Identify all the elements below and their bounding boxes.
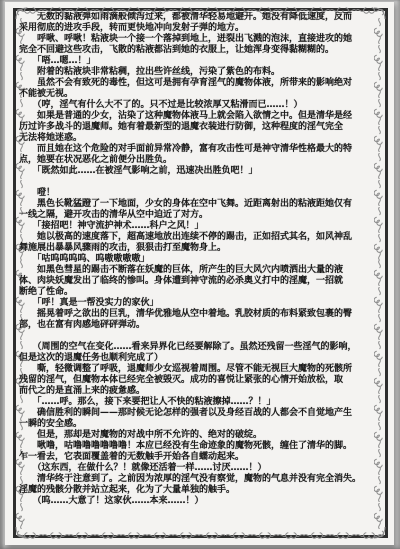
text-line: 残留的淫气，但魔物本体已经完全被毁灭。成功的喜悦让紧张的心情开始放松，取 [19, 375, 383, 386]
text-line: 淫魔的残骸分散并站立起来，化为了大量单独的触手。 [19, 485, 383, 496]
text-line: 如黑色彗星的踢击不断落在妖魔的巨体，所产生的巨大风穴内喷洒出大量的液 [19, 265, 383, 276]
text-line: 「咕呜呜呜呜、呜嗷嗷嗷嗷」 [19, 254, 383, 265]
text-line: 如果是普通的少女，沾染了这种魔物体液马上就会陷入欲情之中。但是清华是经 [19, 111, 383, 122]
text-line: 完全不回避这些攻击，飞散的粘液都沾到她的衣服上，让她浑身变得黏糊糊的。 [19, 45, 383, 56]
text-line: 体、肉块妖魔发出了临终的惨叫。身体遭到神守流的必杀奥义打中的淫魔，一招就 [19, 276, 383, 287]
text-line: 「……呼。那么，接下来要把让人不快的粘液擦掉……？！」 [19, 397, 383, 408]
text-line: 舞施展出暴暴风骤雨的攻击，狠狠击打至魔物身上。 [19, 243, 383, 254]
text-line: 「既然如此……在被淫气影响之前，迅速决出胜负吧！」 [19, 166, 383, 177]
text-line: 啾噜，咕噜噜噜噜噜噜！本应已经没有生命迹象的魔物死骸，缠住了清华的脚。 [19, 441, 383, 452]
text-line: 部，也在富有肉感地砰砰弹动。 [19, 320, 383, 331]
text-line: 而代之的是直涌上来的疲惫感。 [19, 386, 383, 397]
text-line: 「接招吧！神守流护神术……科户之风！」 [19, 221, 383, 232]
text-line: 无法将她迷惑。 [19, 133, 383, 144]
text-line: 历过许多战斗的退魔师。她有着最新型的退魔衣装进行防御，这种程度的淫气完全 [19, 122, 383, 133]
text-line: 呼啾、呼啾！粘液块一个接一个落掉到地上，迸裂出飞溅的泡沫，直接进攻的她 [19, 34, 383, 45]
text-line: 附着的粘液块非常粘稠，拉出些许丝线，污染了紫色的布料。 [19, 67, 383, 78]
text-line: 点，她要在状况恶化之前便分出胜负。 [19, 155, 383, 166]
text-line: 乍一看去，它表面覆盖着的无数触手开始各自蠕动起来。 [19, 452, 383, 463]
text-line [19, 331, 383, 342]
text-line: 确信胜利的瞬间——那时候无论怎样的强者以及身经百战的人都会不自觉地产生 [19, 408, 383, 419]
text-line: 「呼！真是一帮没实力的家伙」 [19, 298, 383, 309]
text-line: 一线之隔，避开攻击的清华从空中迫近了对方。 [19, 210, 383, 221]
text-line: 清华终于注意到了。之前因为浓厚的淫气没有察觉，魔物的气息并没有完全消失。 [19, 474, 383, 485]
text-line: 她以极高的速度落下，超高速地放出连续不停的踢击，正如招式其名，如风神乱 [19, 232, 383, 243]
text-line: 不能被无视。 [19, 89, 383, 100]
text-line: 断绝了性命。 [19, 287, 383, 298]
text-line: （这东西，在做什么？！就像还活着一样……讨厌……！） [19, 463, 383, 474]
text-line: 嘶，轻微调整了呼吸，退魔师少女巡视着周围。尽管不能无视巨大魔物的死骸所 [19, 364, 383, 375]
text-line: （周围的空气在变化……看来异界化已经要解除了。虽然还残留一些淫气的影响， [19, 342, 383, 353]
text-line [19, 177, 383, 188]
text-line: 采用彻底的进攻手段，转而更快地冲向发射子弹的地方。 [19, 23, 383, 34]
novel-text-body: 无数的黏液弹如雨滴般倾泻过来，都被清华轻易地避开。她没有降低速度，反而采用彻底的… [19, 12, 383, 537]
text-line: 虽然不会有致死的毒性，但这可是拥有孕育淫气的魔物体液，所带来的影响绝对 [19, 78, 383, 89]
text-line: （哼，淫气有什么大不了的。只不过是比较浓厚又粘滑而已……！） [19, 100, 383, 111]
scan-backdrop: 无数的黏液弹如雨滴般倾泻过来，都被清华轻易地避开。她没有降低速度，反而采用彻底的… [0, 0, 400, 549]
text-line: 但是这次的退魔任务也顺利完成了） [19, 353, 383, 364]
text-line: 无数的黏液弹如雨滴般倾泻过来，都被清华轻易地避开。她没有降低速度，反而 [19, 12, 383, 23]
text-line: （呜……大意了！这家伙……本来……！） [19, 496, 383, 507]
novel-page-sheet: 无数的黏液弹如雨滴般倾泻过来，都被清华轻易地避开。她没有降低速度，反而采用彻底的… [5, 2, 394, 545]
text-line: 黑色长靴猛蹬了一下地面，少女的身体在空中飞舞。近距离射出的粘液距她仅有 [19, 199, 383, 210]
text-line: 噔！ [19, 188, 383, 199]
text-line: 摇晃着呼之欲出的巨乳，清华优雅地从空中着地。乳胶材质的布料紧致包裹的臀 [19, 309, 383, 320]
text-line: 一瞬的安全感。 [19, 419, 383, 430]
text-line: 但是，那却是对魔物的对战中所不允许的、绝对的破绽。 [19, 430, 383, 441]
text-line: 「唔…嗯…！」 [19, 56, 383, 67]
text-line: 而且她在这个危险的对手面前异常冷静，富有攻击性可是神守清华性格最大的特 [19, 144, 383, 155]
